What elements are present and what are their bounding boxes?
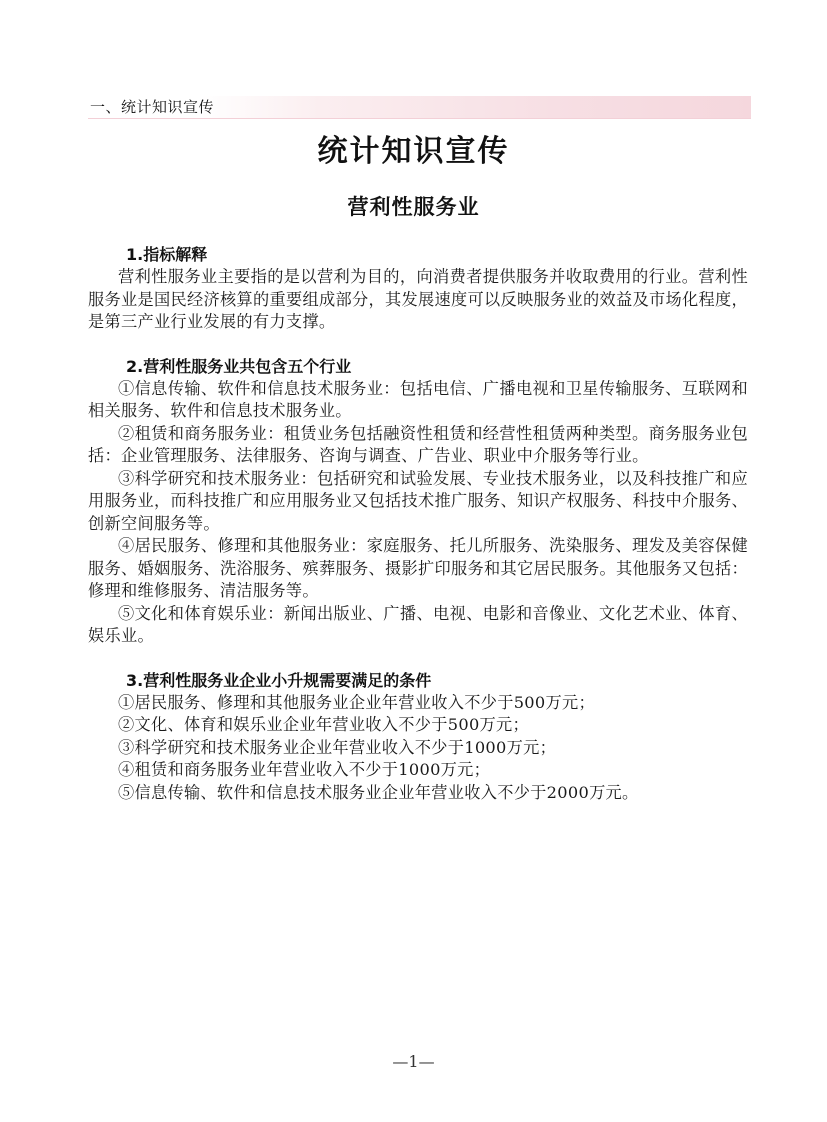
industry-paragraph: ⑤文化和体育娱乐业：新闻出版业、广播、电视、电影和音像业、文化艺术业、体育、娱乐… (88, 603, 748, 648)
section-heading: 2.营利性服务业共包含五个行业 (88, 356, 748, 378)
condition-item: ⑤信息传输、软件和信息技术服务业企业年营业收入不少于2000万元。 (88, 782, 748, 805)
section-upgrade-conditions: 3.营利性服务业企业小升规需要满足的条件 ①居民服务、修理和其他服务业企业年营业… (88, 670, 748, 805)
section-heading: 3.营利性服务业企业小升规需要满足的条件 (88, 670, 748, 692)
industry-paragraph: ①信息传输、软件和信息技术服务业：包括电信、广播电视和卫星传输服务、互联网和相关… (88, 378, 748, 423)
paragraph: 营利性服务业主要指的是以营利为目的，向消费者提供服务并收取费用的行业。营利性服务… (88, 266, 748, 334)
document-body: 1.指标解释 营利性服务业主要指的是以营利为目的，向消费者提供服务并收取费用的行… (88, 244, 748, 804)
page-subtitle: 营利性服务业 (0, 192, 827, 222)
industry-paragraph: ③科学研究和技术服务业：包括研究和试验发展、专业技术服务业，以及科技推广和应用服… (88, 468, 748, 536)
industry-paragraph: ②租赁和商务服务业：租赁业务包括融资性租赁和经营性租赁两种类型。商务服务业包括：… (88, 423, 748, 468)
condition-item: ④租赁和商务服务业年营业收入不少于1000万元； (88, 759, 748, 782)
section-indicator-explanation: 1.指标解释 营利性服务业主要指的是以营利为目的，向消费者提供服务并收取费用的行… (88, 244, 748, 334)
section-heading: 1.指标解释 (88, 244, 748, 266)
page-title: 统计知识宣传 (0, 132, 827, 172)
condition-item: ③科学研究和技术服务业企业年营业收入不少于1000万元； (88, 737, 748, 760)
section-five-industries: 2.营利性服务业共包含五个行业 ①信息传输、软件和信息技术服务业：包括电信、广播… (88, 356, 748, 648)
condition-item: ①居民服务、修理和其他服务业企业年营业收入不少于500万元； (88, 692, 748, 715)
industry-paragraph: ④居民服务、修理和其他服务业：家庭服务、托儿所服务、洗染服务、理发及美容保健服务… (88, 535, 748, 603)
section-header-label: 一、统计知识宣传 (90, 97, 214, 117)
page-number: —1— (0, 1052, 827, 1072)
condition-item: ②文化、体育和娱乐业企业年营业收入不少于500万元； (88, 714, 748, 737)
